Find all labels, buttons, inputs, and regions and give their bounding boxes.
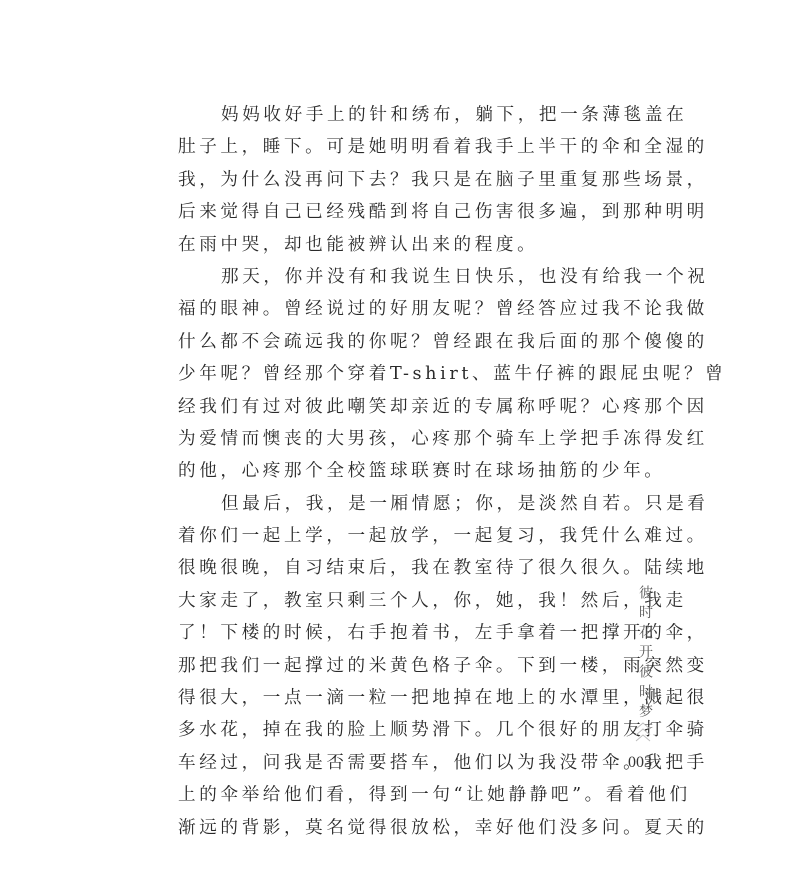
text-line: 大家走了，教室只剩三个人，你，她，我！然后，我走 [178,585,590,617]
text-line: 妈妈收好手上的针和绣布，躺下，把一条薄毯盖在 [178,99,590,131]
body-text: 妈妈收好手上的针和绣布，躺下，把一条薄毯盖在 肚子上，睡下。可是她明明看着我手上… [178,99,590,844]
text-line: 得很大，一点一滴一粒一把地掉在地上的水潭里，溅起很 [178,682,590,714]
book-page: 妈妈收好手上的针和绣布，躺下，把一条薄毯盖在 肚子上，睡下。可是她明明看着我手上… [0,0,790,878]
text-line: 着你们一起上学，一起放学，一起复习，我凭什么难过。 [178,520,590,552]
text-line: 后来觉得自己已经残酷到将自己伤害很多遍，到那种明明 [178,196,590,228]
text-line: 什么都不会疏远我的你呢？曾经跟在我后面的那个傻傻的 [178,326,590,358]
text-line: 上的伞举给他们看，得到一句“让她静静吧”。看着他们 [178,779,590,811]
text-line: 那天，你并没有和我说生日快乐，也没有给我一个祝 [178,261,590,293]
text-line: 的他，心疼那个全校篮球联赛时在球场抽筋的少年。 [178,455,590,487]
text-line: 在雨中哭，却也能被辨认出来的程度。 [178,229,590,261]
text-line: 车经过，问我是否需要搭车，他们以为我没带伞。我把手 [178,747,590,779]
text-line: 渐远的背影，莫名觉得很放松，幸好他们没多问。夏天的 [178,812,590,844]
text-line: 很晚很晚，自习结束后，我在教室待了很久很久。陆续地 [178,552,590,584]
running-head-title: 彼时花开彼时梦 [632,585,654,724]
text-line: 但最后，我，是一厢情愿；你，是淡然自若。只是看 [178,488,590,520]
text-line: 那把我们一起撑过的米黄色格子伞。下到一楼，雨突然变 [178,650,590,682]
page-number: 003 [628,754,652,772]
text-line: 了！下楼的时候，右手抱着书，左手拿着一把撑开的伞， [178,617,590,649]
text-line: 少年呢？曾经那个穿着T-shirt、蓝牛仔裤的跟屁虫呢？曾 [178,358,590,390]
text-line: 多水花，掉在我的脸上顺势滑下。几个很好的朋友打伞骑 [178,714,590,746]
text-line: 福的眼神。曾经说过的好朋友呢？曾经答应过我不论我做 [178,293,590,325]
text-line: 经我们有过对彼此嘲笑却亲近的专属称呼呢？心疼那个因 [178,391,590,423]
text-line: 为爱情而懊丧的大男孩，心疼那个骑车上学把手冻得发红 [178,423,590,455]
text-line: 我，为什么没再问下去？我只是在脑子里重复那些场景， [178,164,590,196]
text-line: 肚子上，睡下。可是她明明看着我手上半干的伞和全湿的 [178,131,590,163]
triple-chevron-up-icon [634,722,652,749]
